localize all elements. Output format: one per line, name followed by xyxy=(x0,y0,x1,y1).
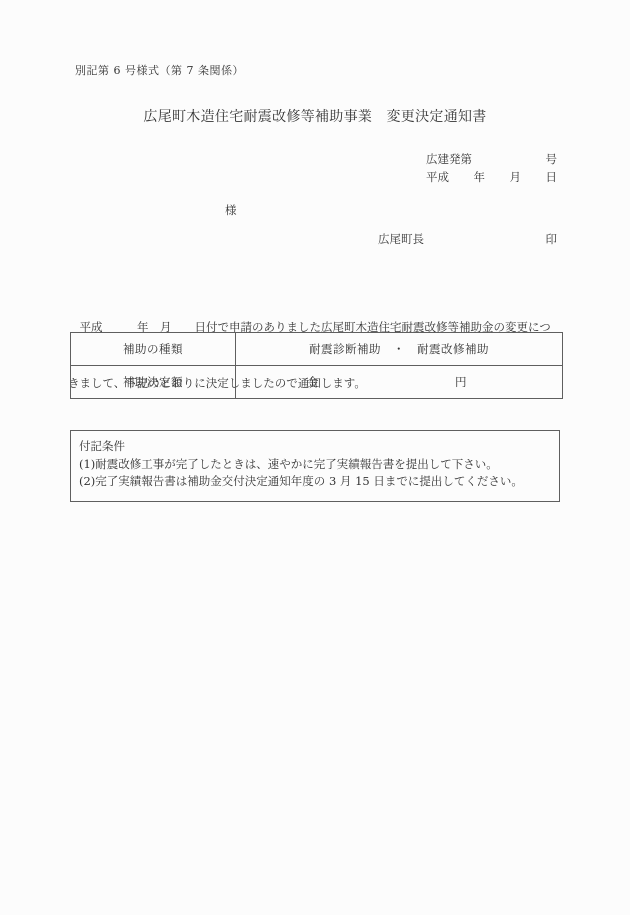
recipient-honorific: 様 xyxy=(225,202,237,218)
date-era: 平成 xyxy=(426,169,449,185)
form-number: 別記第 6 号様式（第 7 条関係） xyxy=(75,62,244,78)
subsidy-type-label: 補助の種類 xyxy=(71,333,236,365)
table-row-subsidy-amount: 補助決定額 金 円 xyxy=(71,365,562,398)
date-month-label: 月 xyxy=(510,169,522,185)
subsidy-type-value: 耐震診断補助 ・ 耐震改修補助 xyxy=(236,333,562,365)
notes-heading: 付記条件 xyxy=(79,438,551,456)
amount-kin-label: 金 xyxy=(307,374,319,390)
reference-number-suffix: 号 xyxy=(546,151,558,167)
notes-box: 付記条件 (1)耐震改修工事が完了したときは、速やかに完了実績報告書を提出して下… xyxy=(70,430,560,502)
table-row-subsidy-type: 補助の種類 耐震診断補助 ・ 耐震改修補助 xyxy=(71,333,562,365)
subsidy-amount-label: 補助決定額 xyxy=(71,366,236,398)
date-line: 平成 年 月 日 xyxy=(426,169,557,185)
page-title: 広尾町木造住宅耐震改修等補助事業 変更決定通知書 xyxy=(0,106,630,126)
date-day-label: 日 xyxy=(546,169,558,185)
amount-yen-label: 円 xyxy=(455,374,467,390)
issuer-line: 広尾町長 印 xyxy=(378,231,557,247)
document-page: 別記第 6 号様式（第 7 条関係） 広尾町木造住宅耐震改修等補助事業 変更決定… xyxy=(0,0,630,915)
issuer-name: 広尾町長 xyxy=(378,231,424,247)
subsidy-amount-value: 金 円 xyxy=(236,366,562,398)
date-year-label: 年 xyxy=(474,169,486,185)
seal-placeholder: 印 xyxy=(546,231,558,247)
reference-number-prefix: 広建発第 xyxy=(426,151,472,167)
reference-number-line: 広建発第 号 xyxy=(426,151,557,167)
notes-item-1: (1)耐震改修工事が完了したときは、速やかに完了実績報告書を提出して下さい。 xyxy=(79,456,551,474)
notes-item-2: (2)完了実績報告書は補助金交付決定通知年度の 3 月 15 日までに提出してく… xyxy=(79,473,551,491)
subsidy-table: 補助の種類 耐震診断補助 ・ 耐震改修補助 補助決定額 金 円 xyxy=(70,332,563,399)
